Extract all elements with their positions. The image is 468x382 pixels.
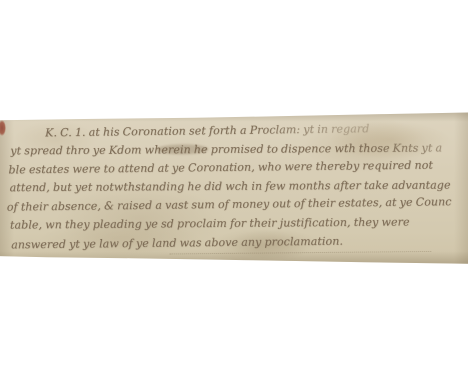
red-edge-mark: [0, 120, 6, 136]
paper-strip: K. C. 1. at his Coronation set forth a P…: [0, 111, 468, 265]
manuscript-photo: K. C. 1. at his Coronation set forth a P…: [0, 0, 468, 382]
handwritten-text: K. C. 1. at his Coronation set forth a P…: [8, 120, 465, 255]
